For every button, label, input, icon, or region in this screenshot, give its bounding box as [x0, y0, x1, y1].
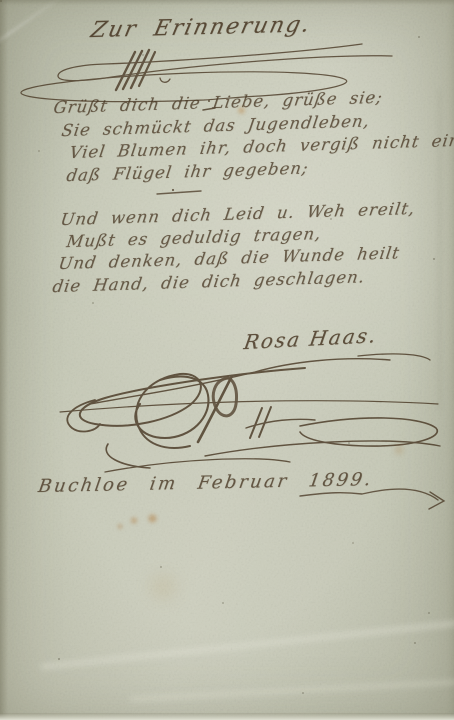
poem-line: Und wenn dich Leid u. Weh ereilt, — [59, 199, 416, 229]
signature-flourish — [60, 354, 440, 472]
paper-crease — [130, 679, 454, 701]
paper-page: Zur Erinnerung. Grüßt dich die Liebe, gr… — [0, 0, 454, 720]
paper-crease — [41, 620, 454, 670]
paper-edge-left — [0, 0, 8, 720]
date-line: Buchloe im Februar 1899. — [37, 469, 375, 497]
paper-edge-top — [0, 0, 454, 5]
foxing-stain — [140, 570, 186, 604]
foxing-spot — [146, 513, 159, 524]
foxing-spot — [116, 523, 124, 530]
signature-name: Rosa Haas. — [242, 323, 379, 354]
foxing-spot — [392, 444, 406, 456]
paper-edge-bottom — [0, 713, 454, 720]
paper-crease — [0, 0, 75, 43]
date-flourish-arrow — [300, 489, 444, 509]
poem-line: daß Flügel ihr gegeben; — [65, 158, 310, 185]
stanza-separator-flourish — [157, 189, 201, 194]
foxing-spot — [129, 516, 139, 525]
page-title: Zur Erinnerung. — [88, 12, 313, 43]
